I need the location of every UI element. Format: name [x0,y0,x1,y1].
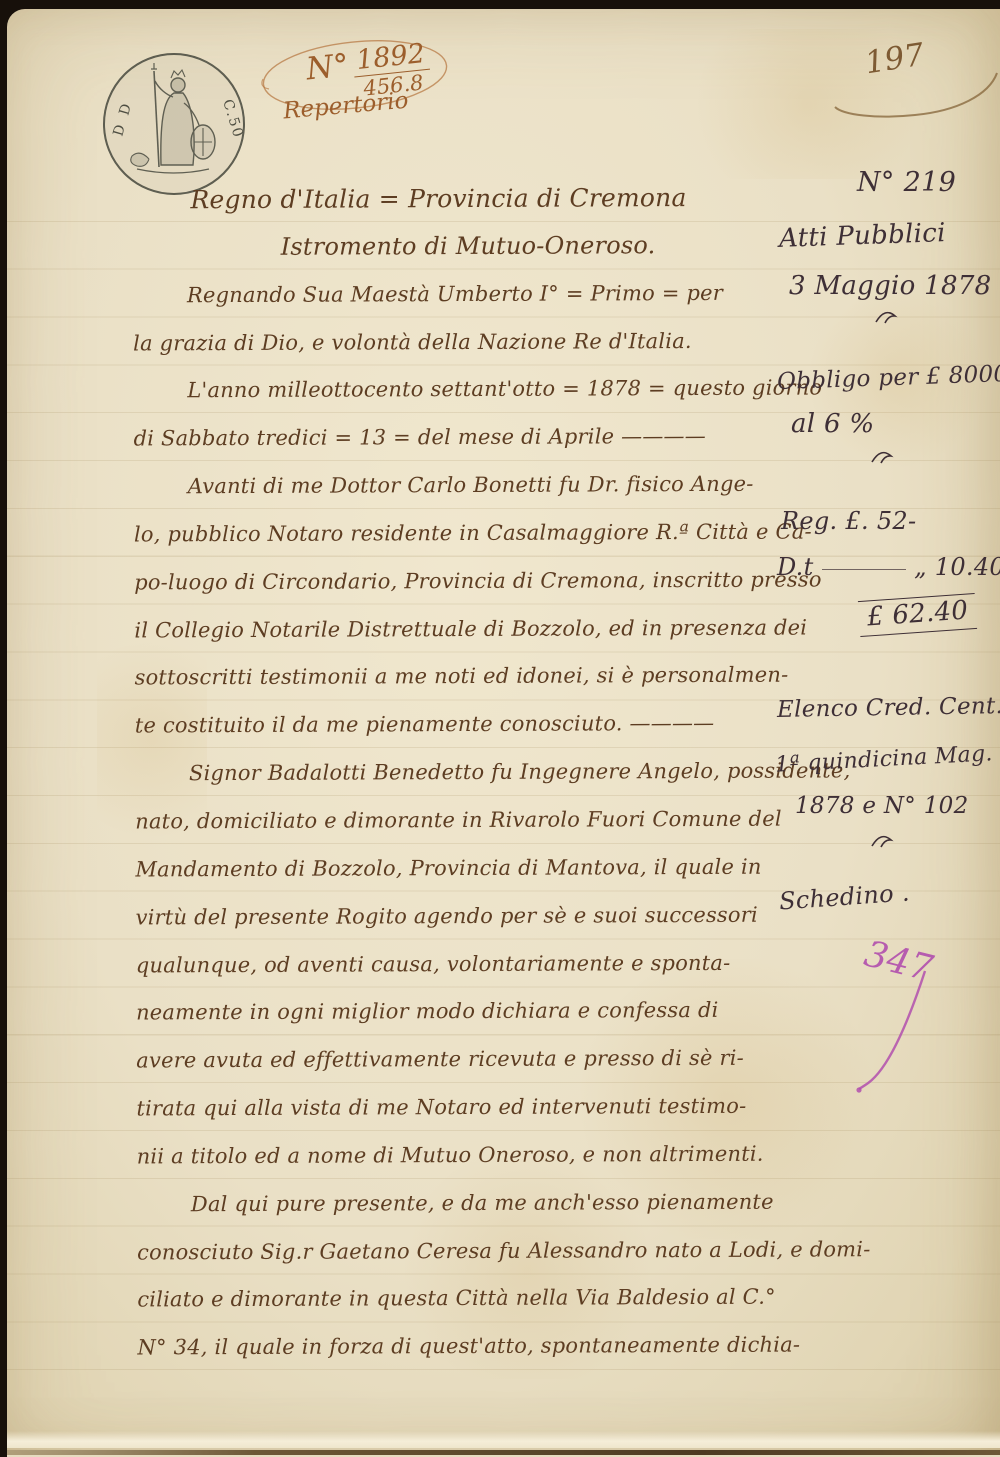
dash-rule [822,569,907,570]
document-text-line: tirata qui alla vista di me Notaro ed in… [136,1083,801,1134]
document-title-line: Regno d'Italia = Provincia di Cremona [132,174,797,225]
purple-mark-number: 347 [860,933,937,989]
document-text-line: L'anno milleottocento settant'otto = 187… [133,365,798,416]
margin-fee-registration: Reg. £. 52- [781,507,916,535]
margin-fee-total-value: £ 62.40 [858,593,978,637]
margin-fee-rights: D.t „ 10.40 [777,553,1000,581]
margin-fee-rights-value: „ 10.40 [914,553,1000,581]
document-text-line: Avanti di me Dottor Carlo Bonetti fu Dr.… [134,461,799,512]
margin-obligation-line2: al 6 % [791,409,874,439]
margin-acts-type: Atti Pubblici [779,218,947,254]
document-page: D D C.50 N°1892456.8 Repertorio 197 Regn… [7,9,1000,1457]
margin-fee-total: £ 62.40 [859,597,976,633]
document-text-line: conosciuto Sig.r Gaetano Ceresa fu Aless… [137,1226,802,1277]
document-text-line: virtù del presente Rogito agendo per sè … [136,891,801,942]
flourish-mark [869,833,901,851]
document-text-line: po-luogo di Circondario, Provincia di Cr… [134,556,799,607]
margin-credit-line3: 1878 e N° 102 [795,793,969,819]
document-text-line: nato, domiciliato e dimorante in Rivarol… [135,796,800,847]
document-text-line: avere avuta ed effettivamente ricevuta e… [136,1035,801,1086]
document-text-line: qualunque, od aventi causa, volontariame… [136,939,801,990]
document-text-line: sottoscritti testimonii a me noti ed ido… [134,652,799,703]
document-text-line: di Sabbato tredici = 13 = del mese di Ap… [133,413,798,464]
page-number-flourish [829,67,1000,129]
document-text-line: nii a titolo ed a nome di Mutuo Oneroso,… [137,1130,802,1181]
document-text-line: la grazia di Dio, e volontà della Nazion… [133,317,798,368]
margin-fee-rights-label: D.t [777,553,814,581]
page-bottom-edge-highlight [7,1431,1000,1448]
margin-credit-line1: Elenco Cred. Cent. [777,693,1000,723]
repertory-number-label: N° [304,47,350,87]
repertory-word: Repertorio [282,88,409,125]
purple-mark-stroke: 347 [829,931,999,1101]
document-text-line: il Collegio Notarile Distrettuale di Boz… [134,604,799,655]
flourish-mark [873,309,905,327]
document-subtitle-line: Istromento di Mutuo-Oneroso. [133,221,798,272]
document-text-line: Dal qui pure presente, e da me anch'esso… [137,1178,802,1229]
document-text-line: N° 34, il quale in forza di quest'atto, … [137,1322,802,1373]
document-text-line: Signor Badalotti Benedetto fu Ingegnere … [135,748,800,799]
margin-date: 3 Maggio 1878 [789,271,992,301]
document-body: Regno d'Italia = Provincia di Cremona Is… [132,174,802,1373]
flourish-mark [869,449,901,467]
margin-act-number: N° 219 [857,167,956,198]
page-number: 197 [863,37,927,82]
document-text-line: te costituito il da me pienamente conosc… [135,700,800,751]
document-text-line: Regnando Sua Maestà Umberto I° = Primo =… [133,269,798,320]
purple-pencil-mark: 347 [829,931,999,1105]
document-text-line: ciliato e dimorante in questa Città nell… [137,1274,802,1325]
document-text-line: neamente in ogni miglior modo dichiara e… [136,987,801,1038]
document-text-line: lo, pubblico Notaro residente in Casalma… [134,508,799,559]
document-text-line: Mandamento di Bozzolo, Provincia di Mant… [135,843,800,894]
